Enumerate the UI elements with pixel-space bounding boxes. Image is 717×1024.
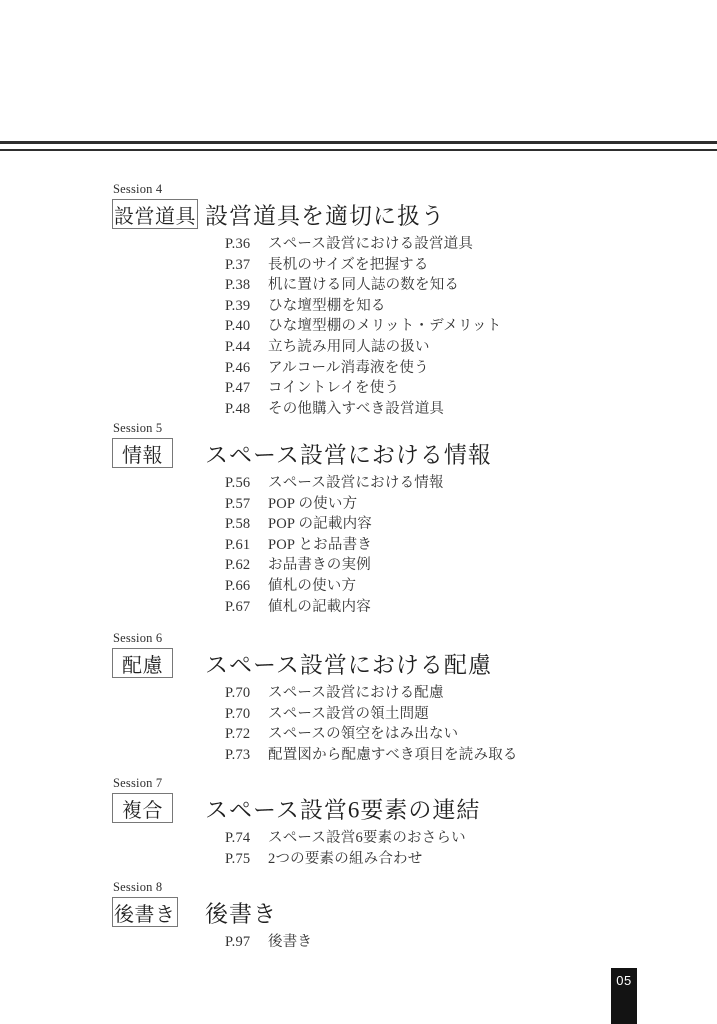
toc-entry: P.36 スペース設営における設営道具	[225, 234, 687, 255]
toc-session: Session 6 配慮 スペース設営における配慮 P.70 スペース設営におけ…	[112, 630, 687, 765]
toc-entry: P.61 POP とお品書き	[225, 535, 687, 556]
session-label: Session 6	[113, 630, 687, 646]
toc-entry: P.66 値札の使い方	[225, 576, 687, 597]
toc-entry-title: 値札の記載内容	[268, 597, 371, 618]
toc-entry: P.48 その他購入すべき設営道具	[225, 399, 687, 420]
toc-entry-page-number: P.62	[225, 555, 268, 576]
toc-entry-title: その他購入すべき設営道具	[268, 399, 444, 420]
toc-session: Session 4 設営道具 設営道具を適切に扱う P.36 スペース設営におけ…	[112, 181, 687, 419]
session-items: P.56 スペース設営における情報 P.57 POP の使い方 P.58 POP…	[112, 473, 687, 617]
toc-entry: P.44 立ち読み用同人誌の扱い	[225, 337, 687, 358]
toc-entry-page-number: P.46	[225, 358, 268, 379]
toc-entry: P.58 POP の記載内容	[225, 514, 687, 535]
toc-entry-title: POP とお品書き	[268, 535, 372, 556]
toc-entry-page-number: P.48	[225, 399, 268, 420]
toc-entry-title: アルコール消毒液を使う	[268, 358, 429, 379]
session-label: Session 8	[113, 879, 687, 895]
toc-entry-title: 値札の使い方	[268, 576, 356, 597]
toc-entry: P.73 配置図から配慮すべき項目を読み取る	[225, 745, 687, 766]
toc-entry-title: POP の記載内容	[268, 514, 372, 535]
session-tag-box: 配慮	[112, 648, 173, 678]
toc-entry-page-number: P.61	[225, 535, 268, 556]
toc-entry: P.70 スペース設営における配慮	[225, 683, 687, 704]
session-title: スペース設営6要素の連結	[205, 792, 480, 825]
toc-entry-page-number: P.38	[225, 275, 268, 296]
toc-entry: P.46 アルコール消毒液を使う	[225, 358, 687, 379]
session-title: 設営道具を適切に扱う	[205, 198, 445, 231]
toc-session: Session 7 複合 スペース設営6要素の連結 P.74 スペース設営6要素…	[112, 775, 687, 869]
toc-entry-page-number: P.72	[225, 724, 268, 745]
toc-entry-title: スペース設営の領土問題	[268, 704, 429, 725]
toc-entry-title: スペースの領空をはみ出ない	[268, 724, 458, 745]
toc-entry-page-number: P.40	[225, 316, 268, 337]
toc-entry-page-number: P.36	[225, 234, 268, 255]
toc-entry-title: スペース設営における設営道具	[268, 234, 473, 255]
toc-entry: P.39 ひな壇型棚を知る	[225, 296, 687, 317]
session-header: 設営道具 設営道具を適切に扱う	[112, 199, 687, 229]
toc-entry-page-number: P.97	[225, 932, 268, 953]
toc-entry-title: POP の使い方	[268, 494, 357, 515]
toc-entry-title: 配置図から配慮すべき項目を読み取る	[268, 745, 518, 766]
toc-entry-title: 後書き	[268, 932, 312, 953]
session-header: 情報 スペース設営における情報	[112, 438, 687, 468]
toc-entry-title: お品書きの実例	[268, 555, 371, 576]
session-tag-box: 後書き	[112, 897, 178, 927]
toc-entry-title: ひな壇型棚のメリット・デメリット	[268, 316, 501, 337]
toc-entry: P.57 POP の使い方	[225, 494, 687, 515]
toc-entry: P.47 コイントレイを使う	[225, 378, 687, 399]
toc-entry: P.74 スペース設営6要素のおさらい	[225, 828, 687, 849]
session-items: P.97 後書き	[112, 932, 687, 953]
toc-entry-page-number: P.39	[225, 296, 268, 317]
session-header: 複合 スペース設営6要素の連結	[112, 793, 687, 823]
toc-entry-title: 机に置ける同人誌の数を知る	[268, 275, 459, 296]
session-label: Session 5	[113, 420, 687, 436]
toc-entry: P.67 値札の記載内容	[225, 597, 687, 618]
session-label: Session 7	[113, 775, 687, 791]
session-title: 後書き	[205, 896, 277, 929]
toc-session: Session 5 情報 スペース設営における情報 P.56 スペース設営におけ…	[112, 420, 687, 617]
session-header: 後書き 後書き	[112, 897, 687, 927]
toc-entry-page-number: P.57	[225, 494, 268, 515]
toc-entry-page-number: P.75	[225, 849, 268, 870]
session-items: P.70 スペース設営における配慮 P.70 スペース設営の領土問題 P.72 …	[112, 683, 687, 765]
toc-entry-page-number: P.47	[225, 378, 268, 399]
session-label: Session 4	[113, 181, 687, 197]
session-tag-box: 情報	[112, 438, 173, 468]
toc-entry: P.75 2つの要素の組み合わせ	[225, 849, 687, 870]
session-title: スペース設営における配慮	[205, 647, 492, 680]
toc-entry-page-number: P.74	[225, 828, 268, 849]
session-tag-box: 設営道具	[112, 199, 198, 229]
toc-entry-page-number: P.66	[225, 576, 268, 597]
toc-entry-title: 長机のサイズを把握する	[268, 255, 429, 276]
toc-entry-page-number: P.44	[225, 337, 268, 358]
toc-session: Session 8 後書き 後書き P.97 後書き	[112, 879, 687, 953]
toc-entry: P.62 お品書きの実例	[225, 555, 687, 576]
toc-entry-title: ひな壇型棚を知る	[268, 296, 386, 317]
toc-entry: P.72 スペースの領空をはみ出ない	[225, 724, 687, 745]
session-tag-box: 複合	[112, 793, 173, 823]
page-number-badge: 05	[611, 968, 637, 1024]
session-items: P.36 スペース設営における設営道具 P.37 長机のサイズを把握する P.3…	[112, 234, 687, 419]
toc-entry: P.38 机に置ける同人誌の数を知る	[225, 275, 687, 296]
toc-entry: P.70 スペース設営の領土問題	[225, 704, 687, 725]
toc-entry-page-number: P.70	[225, 683, 268, 704]
toc-entry-page-number: P.56	[225, 473, 268, 494]
toc-entry-page-number: P.37	[225, 255, 268, 276]
toc-entry-title: スペース設営における情報	[268, 473, 444, 494]
toc-entry-title: 立ち読み用同人誌の扱い	[268, 337, 430, 358]
toc-entry-page-number: P.67	[225, 597, 268, 618]
toc-entry: P.56 スペース設営における情報	[225, 473, 687, 494]
toc-entry-title: スペース設営における配慮	[268, 683, 444, 704]
toc-entry: P.40 ひな壇型棚のメリット・デメリット	[225, 316, 687, 337]
toc-entry-page-number: P.58	[225, 514, 268, 535]
session-items: P.74 スペース設営6要素のおさらい P.75 2つの要素の組み合わせ	[112, 828, 687, 869]
toc-entry-title: スペース設営6要素のおさらい	[268, 828, 466, 849]
toc-entry-title: コイントレイを使う	[268, 378, 399, 399]
toc-entry-title: 2つの要素の組み合わせ	[268, 849, 422, 870]
toc-sessions: Session 4 設営道具 設営道具を適切に扱う P.36 スペース設営におけ…	[0, 0, 717, 1024]
toc-entry: P.37 長机のサイズを把握する	[225, 255, 687, 276]
session-header: 配慮 スペース設営における配慮	[112, 648, 687, 678]
toc-entry-page-number: P.70	[225, 704, 268, 725]
toc-entry-page-number: P.73	[225, 745, 268, 766]
session-title: スペース設営における情報	[205, 437, 492, 470]
toc-entry: P.97 後書き	[225, 932, 687, 953]
